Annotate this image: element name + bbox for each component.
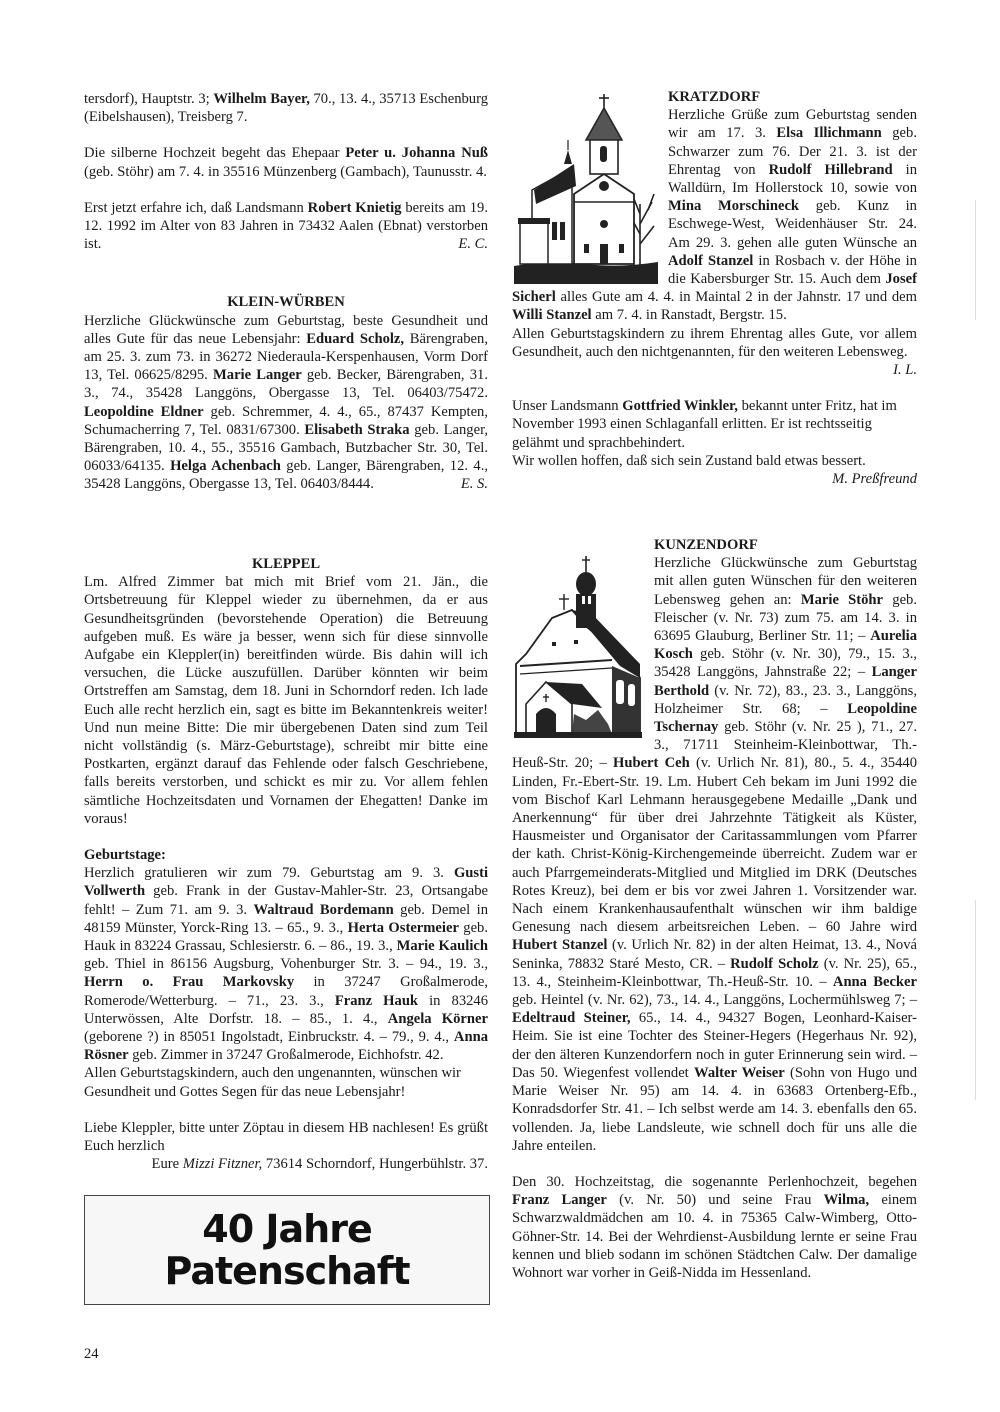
- right-column-kratzdorf: KRATZDORF Herzliche Grüße zum Geburtstag…: [512, 88, 917, 488]
- scan-edge-mark: [975, 200, 976, 320]
- person-name: Franz Langer: [512, 1192, 607, 1208]
- page-number: 24: [84, 1346, 99, 1363]
- section-heading-kunzendorf: KUNZENDORF: [512, 536, 917, 554]
- person-name: Marie Langer: [213, 367, 302, 383]
- person-name: Leopoldine Eldner: [84, 404, 204, 420]
- banner-line-1: 40 Jahre: [202, 1208, 371, 1250]
- person-name: Robert Knietig: [308, 200, 402, 216]
- person-name: Edeltraud Steiner,: [512, 1010, 631, 1026]
- person-name: Anna Becker: [833, 974, 917, 990]
- article-kleppel-note: Liebe Kleppler, bitte unter Zöptau in di…: [84, 1119, 488, 1155]
- person-name: Hubert Stanzel: [512, 937, 607, 953]
- person-name: Waltraud Bordemann: [253, 902, 393, 918]
- article-obituary-knietig: Erst jetzt erfahre ich, daß Landsmann Ro…: [84, 199, 488, 254]
- article-kleppel-closing: Allen Geburtstagskindern, auch den ungen…: [84, 1064, 488, 1100]
- section-heading-klein-wuerben: KLEIN-WÜRBEN: [84, 293, 488, 311]
- author-name: M. Preßfreund: [512, 470, 917, 488]
- person-name: Franz Hauk: [335, 993, 418, 1009]
- article-kratzdorf-closing: Allen Geburtstagskindern zu ihrem Ehrent…: [512, 325, 917, 361]
- person-name: Wilma,: [824, 1192, 870, 1208]
- article-winkler: Unser Landsmann Gottfried Winkler, bekan…: [512, 397, 917, 452]
- person-name: Marie Kaulich: [397, 938, 488, 954]
- church-illustration-kunzendorf: [512, 554, 646, 740]
- person-name: Hubert Ceh: [613, 755, 690, 771]
- article-winkler-wish: Wir wollen hoffen, daß sich sein Zustand…: [512, 452, 917, 470]
- person-name: Marie Stöhr: [801, 592, 883, 608]
- person-name: Eduard Scholz,: [306, 331, 404, 347]
- person-name: Adolf Stanzel: [668, 253, 753, 269]
- left-column: tersdorf), Hauptstr. 3; Wilhelm Bayer, 7…: [84, 90, 488, 494]
- right-column-kunzendorf: KUNZENDORF Herzliche Glückwünsche zum Ge…: [512, 536, 917, 1282]
- person-name: Walter Weiser: [694, 1065, 785, 1081]
- person-name: Elisabeth Straka: [304, 422, 409, 438]
- subheading-birthdays: Geburtstage:: [84, 846, 488, 864]
- person-name: Willi Stanzel: [512, 307, 592, 323]
- article-kleppel-birthdays: Herzlich gratulieren wir zum 79. Geburts…: [84, 864, 488, 1064]
- left-column-kleppel: KLEPPEL Lm. Alfred Zimmer bat mich mit B…: [84, 555, 488, 1174]
- church-icon: [512, 94, 660, 286]
- person-name: Wilhelm Bayer,: [213, 91, 310, 107]
- article-kleppel: Lm. Alfred Zimmer bat mich mit Brief vom…: [84, 573, 488, 828]
- article-silver-wedding: Die silberne Hochzeit begeht das Ehepaar…: [84, 144, 488, 180]
- author-initials: I. L.: [893, 361, 917, 379]
- person-name: Herta Ostermeier: [348, 920, 459, 936]
- article-pearl-wedding: Den 30. Hochzeitstag, die sogenannte Per…: [512, 1173, 917, 1282]
- person-name: Rudolf Hillebrand: [769, 162, 893, 178]
- author-name: Mizzi Fitzner,: [183, 1156, 262, 1172]
- person-name: Rudolf Scholz: [730, 956, 819, 972]
- person-name: Mina Morschineck: [668, 198, 799, 214]
- person-name: Helga Achenbach: [170, 458, 281, 474]
- author-initials: E. C.: [458, 235, 488, 253]
- person-name: Angela Körner: [388, 1011, 488, 1027]
- person-name: Peter u. Johanna Nuß: [345, 145, 488, 161]
- person-name: Gottfried Winkler,: [622, 398, 738, 414]
- anniversary-banner: 40 Jahre Patenschaft: [84, 1195, 490, 1305]
- church-icon: [512, 554, 646, 740]
- kleppel-signature: Eure Mizzi Fitzner, 73614 Schorndorf, Hu…: [84, 1155, 488, 1173]
- section-heading-kleppel: KLEPPEL: [84, 555, 488, 573]
- article-bayer: tersdorf), Hauptstr. 3; Wilhelm Bayer, 7…: [84, 90, 488, 126]
- article-klein-wuerben: Herzliche Glückwünsche zum Geburtstag, b…: [84, 312, 488, 494]
- scan-edge-mark: [975, 900, 976, 1100]
- person-name: Elsa Illichmann: [776, 125, 881, 141]
- banner-line-2: Patenschaft: [165, 1250, 410, 1292]
- church-illustration-kratzdorf: [512, 94, 660, 286]
- author-initials: E. S.: [461, 475, 488, 493]
- person-name: Herrn o. Frau Markovsky: [84, 974, 294, 990]
